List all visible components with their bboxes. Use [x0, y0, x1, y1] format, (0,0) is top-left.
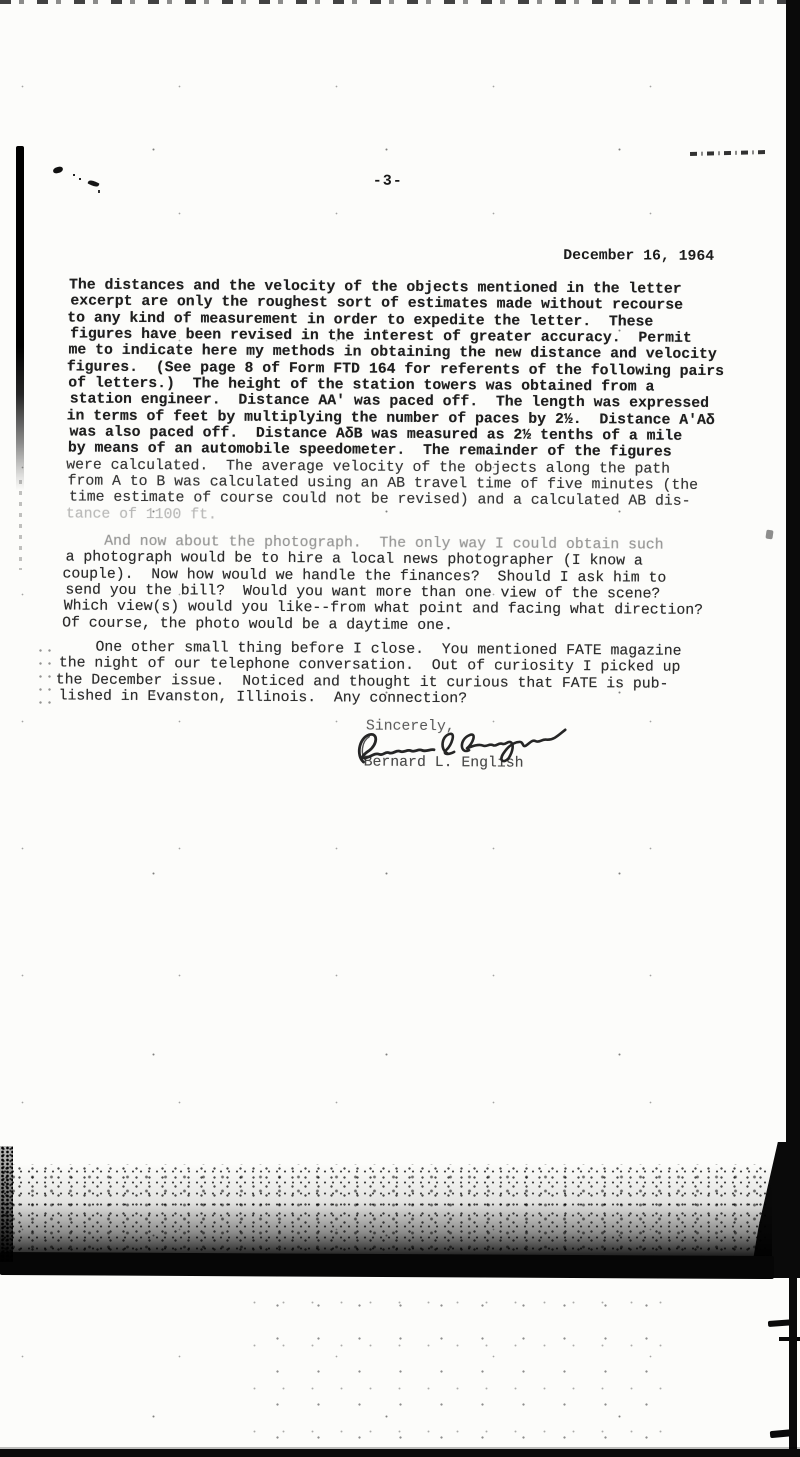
- date-line: December 16, 1964: [563, 248, 714, 265]
- paragraph-1: The distances and the velocity of the ob…: [67, 277, 724, 527]
- scanned-letter-page: -3- December 16, 1964 The distances and …: [0, 0, 800, 1457]
- paragraph-2: And now about the photograph. The only w…: [64, 533, 704, 636]
- left-lower-speckle: [0, 1146, 13, 1262]
- scan-line-bottom: [0, 1449, 800, 1457]
- photo-edge-bar: [0, 1252, 774, 1279]
- page-number: -3-: [373, 173, 403, 190]
- speckle-cloud: [250, 1278, 680, 1448]
- paragraph-3: One other small thing before I close. Yo…: [57, 639, 682, 709]
- letter-line: tance of 1100 ft.: [66, 506, 723, 527]
- typed-signature-name: Bernard L. English: [364, 755, 524, 772]
- photo-edge-noise: [0, 1164, 772, 1256]
- scan-tick-mark: [779, 1337, 800, 1341]
